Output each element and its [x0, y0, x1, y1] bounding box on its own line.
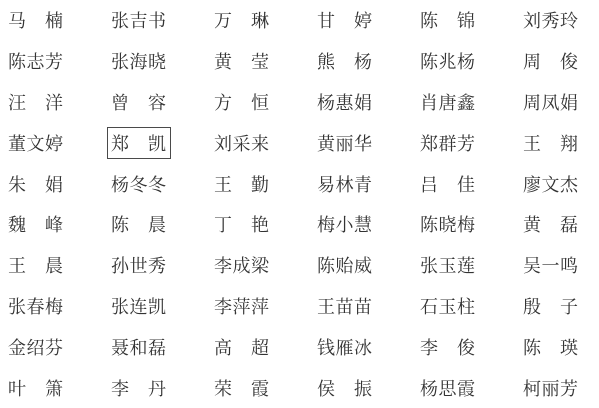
name-cell[interactable]: 曾 容: [107, 86, 171, 118]
name-cell[interactable]: 周凤娟: [519, 86, 583, 118]
name-cell[interactable]: 张玉莲: [416, 249, 480, 281]
name-cell[interactable]: 侯 振: [313, 372, 377, 404]
name-cell[interactable]: 杨惠娟: [313, 86, 377, 118]
name-cell[interactable]: 周 俊: [519, 45, 583, 77]
name-cell[interactable]: 魏 峰: [4, 208, 68, 240]
name-cell[interactable]: 张海晓: [107, 45, 171, 77]
name-cell[interactable]: 王 勤: [210, 168, 274, 200]
name-cell[interactable]: 刘秀玲: [519, 4, 583, 36]
selected-name-cell[interactable]: 郑 凯: [107, 127, 171, 159]
name-cell[interactable]: 熊 杨: [313, 45, 377, 77]
name-cell[interactable]: 郑群芳: [416, 127, 480, 159]
name-cell[interactable]: 叶 箫: [4, 372, 68, 404]
name-cell[interactable]: 高 超: [210, 331, 274, 363]
name-cell[interactable]: 石玉柱: [416, 290, 480, 322]
name-cell[interactable]: 王 晨: [4, 249, 68, 281]
name-cell[interactable]: 钱雁冰: [313, 331, 377, 363]
name-cell[interactable]: 易林青: [313, 168, 377, 200]
name-cell[interactable]: 吴一鸣: [519, 249, 583, 281]
name-cell[interactable]: 李成梁: [210, 249, 274, 281]
name-cell[interactable]: 丁 艳: [210, 208, 274, 240]
name-cell[interactable]: 张连凯: [107, 290, 171, 322]
name-cell[interactable]: 黄 莹: [210, 45, 274, 77]
name-cell[interactable]: 方 恒: [210, 86, 274, 118]
name-cell[interactable]: 陈晓梅: [416, 208, 480, 240]
name-cell[interactable]: 万 琳: [210, 4, 274, 36]
name-cell[interactable]: 李 俊: [416, 331, 480, 363]
name-cell[interactable]: 李萍萍: [210, 290, 274, 322]
name-cell[interactable]: 陈志芳: [4, 45, 68, 77]
name-cell[interactable]: 梅小慧: [313, 208, 377, 240]
name-cell[interactable]: 肖唐鑫: [416, 86, 480, 118]
name-cell[interactable]: 黄丽华: [313, 127, 377, 159]
name-cell[interactable]: 刘采来: [210, 127, 274, 159]
name-cell[interactable]: 李 丹: [107, 372, 171, 404]
name-cell[interactable]: 荣 霞: [210, 372, 274, 404]
name-cell[interactable]: 张吉书: [107, 4, 171, 36]
name-cell[interactable]: 汪 洋: [4, 86, 68, 118]
name-cell[interactable]: 陈兆杨: [416, 45, 480, 77]
name-cell[interactable]: 陈 晨: [107, 208, 171, 240]
name-cell[interactable]: 陈贻威: [313, 249, 377, 281]
name-cell[interactable]: 朱 娟: [4, 168, 68, 200]
name-cell[interactable]: 董文婷: [4, 127, 68, 159]
name-cell[interactable]: 王 翔: [519, 127, 583, 159]
name-cell[interactable]: 金绍芬: [4, 331, 68, 363]
name-cell[interactable]: 杨思霞: [416, 372, 480, 404]
name-cell[interactable]: 杨冬冬: [107, 168, 171, 200]
name-list: 马 楠张吉书万 琳甘 婷陈 锦刘秀玲陈志芳张海晓黄 莹熊 杨陈兆杨周 俊汪 洋曾…: [0, 0, 599, 408]
name-cell[interactable]: 殷 子: [519, 290, 583, 322]
name-cell[interactable]: 陈 瑛: [519, 331, 583, 363]
name-cell[interactable]: 廖文杰: [519, 168, 583, 200]
name-cell[interactable]: 孙世秀: [107, 249, 171, 281]
name-cell[interactable]: 黄 磊: [519, 208, 583, 240]
name-cell[interactable]: 马 楠: [4, 4, 68, 36]
name-cell[interactable]: 柯丽芳: [519, 372, 583, 404]
name-cell[interactable]: 吕 佳: [416, 168, 480, 200]
name-cell[interactable]: 张春梅: [4, 290, 68, 322]
name-cell[interactable]: 聂和磊: [107, 331, 171, 363]
name-cell[interactable]: 王苗苗: [313, 290, 377, 322]
name-cell[interactable]: 陈 锦: [416, 4, 480, 36]
name-cell[interactable]: 甘 婷: [313, 4, 377, 36]
